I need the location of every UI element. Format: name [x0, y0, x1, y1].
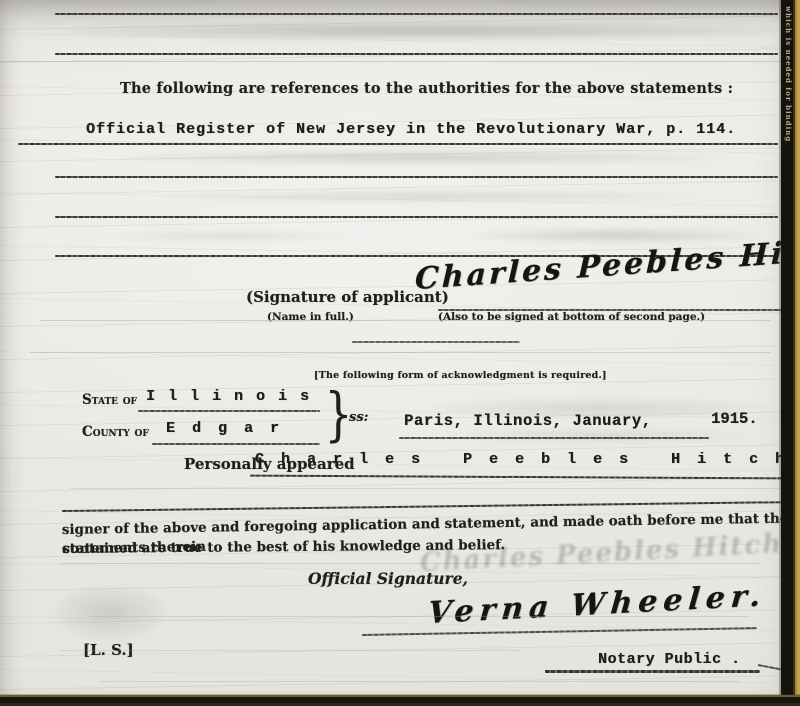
reference-underline — [18, 143, 778, 145]
place-date-typed: Paris, Illinois, January, — [404, 412, 652, 430]
faint-paper-line — [40, 320, 770, 321]
faint-paper-line — [0, 61, 800, 62]
state-underline — [138, 410, 320, 412]
county-underline — [152, 443, 320, 445]
scan-right-binding-edge: which is needed for binding — [779, 0, 800, 706]
county-of-label: County of — [82, 424, 149, 440]
ink-bleed-smudge — [110, 230, 350, 242]
ink-bleed-smudge — [450, 428, 750, 444]
place-date-underline — [399, 437, 709, 439]
faint-paper-line — [60, 650, 520, 651]
ink-bleed-smudge — [160, 190, 700, 203]
ink-bleed-smudge — [60, 22, 780, 40]
personally-appeared-typed: C h a r l e s P e e b l e s H i t c h — [255, 451, 788, 468]
notary-signature-underline — [362, 627, 757, 635]
notary-signature-handwritten: Verna Wheeler. — [426, 578, 767, 631]
faint-paper-line — [70, 488, 780, 489]
county-value-typed: E d g a r — [166, 420, 283, 437]
ink-bleed-smudge — [55, 585, 165, 640]
ss-label: ss: — [349, 410, 368, 425]
personally-appeared-underline — [250, 475, 790, 480]
notary-public-underline — [545, 670, 760, 673]
scan-bottom-edge — [0, 694, 800, 706]
scanned-application-document: The following are references to the auth… — [0, 0, 800, 706]
ruled-line-top-1 — [55, 13, 778, 15]
acknowledgment-required-note: [The following form of acknowledgment is… — [314, 370, 607, 381]
state-of-label: State of — [82, 392, 137, 408]
empty-ruled-line — [55, 216, 778, 218]
short-blank-line — [352, 341, 520, 343]
notary-public-typed: Notary Public . — [598, 651, 741, 668]
binding-margin-vertical-note: which is needed for binding — [780, 6, 794, 256]
year-typed: 1915. — [711, 410, 758, 428]
faint-paper-line — [30, 352, 770, 353]
faint-paper-line — [90, 616, 750, 617]
ruled-line-top-2 — [55, 53, 778, 55]
references-heading: The following are references to the auth… — [120, 80, 733, 97]
reference-entry: Official Register of New Jersey in the R… — [86, 121, 736, 138]
empty-ruled-line — [55, 176, 778, 178]
faint-paper-line — [100, 681, 740, 682]
ink-bleed-smudge — [120, 150, 720, 165]
state-value-typed: I l l i n o i s — [146, 388, 311, 405]
second-page-note: (Also to be signed at bottom of second p… — [438, 311, 705, 323]
name-in-full-note: (Name in full.) — [267, 311, 354, 323]
